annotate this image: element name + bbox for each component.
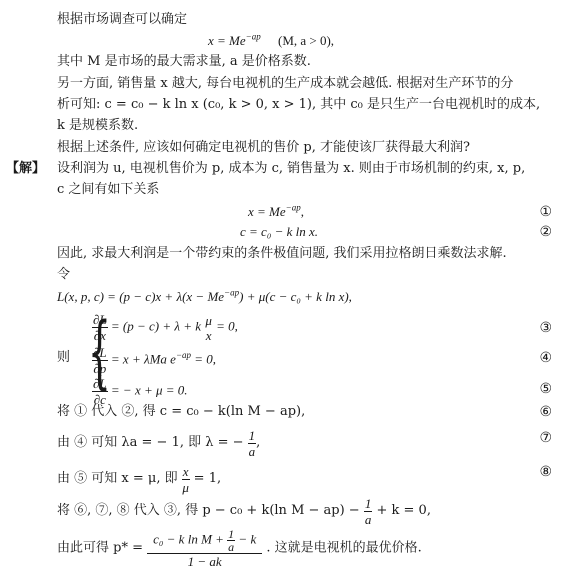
demand-equation: x = Me−ap (M, a > 0), [208,33,334,49]
equation-number-5: ⑤ [539,381,552,397]
step-9: 将 ⑥, ⑦, ⑧ 代入 ③, 得 p − c₀ + k(ln M − ap) … [57,496,431,527]
equation-1: x = Me−ap, [248,204,304,220]
let-line: 令 [57,267,70,283]
equation-2: c = c₀ − k ln x. [240,224,318,240]
question-line: 根据上述条件, 应该如何确定电视机的售价 p, 才能使该厂获得最大利润? [57,140,470,156]
then-label: 则 [57,350,70,366]
equation-number-4: ④ [539,350,552,366]
solution-label: 【解】 [6,161,45,177]
equation-number-2: ② [539,224,552,240]
partial-c-equation: ∂L∂c = − x + μ = 0. [92,376,188,407]
optimal-price-fraction: c₀ − k ln M + 1a − k 1 − ak [147,528,262,569]
lagrangian: L(x, p, c) = (p − c)x + λ(x − Me−ap) + μ… [57,289,352,305]
cost-line-2: 析可知: c = c₀ − k ln x (c₀, k > 0, x > 1),… [57,97,540,113]
equation-number-8: ⑧ [539,464,552,480]
cost-line-1: 另一方面, 销售量 x 越大, 每台电视机的生产成本就会越低. 根据对生产环节的… [57,76,513,92]
optimal-price-result: 由此可得 p* = c₀ − k ln M + 1a − k 1 − ak . … [57,528,422,569]
solution-line-2: c 之间有如下关系 [57,182,159,198]
cost-line-3: k 是规模系数. [57,118,138,134]
method-line: 因此, 求最大利润是一个带约束的条件极值问题, 我们采用拉格朗日乘数法求解. [57,246,507,262]
definition-line: 其中 M 是市场的最大需求量, a 是价格系数. [57,54,311,70]
partial-p-equation: ∂L∂p = x + λMa e−ap = 0, [92,345,216,376]
step-8: 由 ⑤ 可知 x = μ, 即 xμ = 1, [57,464,221,495]
equation-number-3: ③ [539,320,552,336]
solution-line-1: 设利润为 u, 电视机售价为 p, 成本为 c, 销售量为 x. 则由于市场机制… [57,161,525,177]
equation-number-1: ① [539,204,552,220]
equation-number-6: ⑥ [539,404,552,420]
intro-line: 根据市场调查可以确定 [57,12,187,28]
partial-x-equation: ∂L∂x = (p − c) + λ + k μx = 0, [92,312,238,343]
step-7: 由 ④ 可知 λa = − 1, 即 λ = − 1a, [57,428,260,459]
equation-number-7: ⑦ [539,430,552,446]
step-6: 将 ① 代入 ②, 得 c = c₀ − k(ln M − ap), [57,404,305,420]
